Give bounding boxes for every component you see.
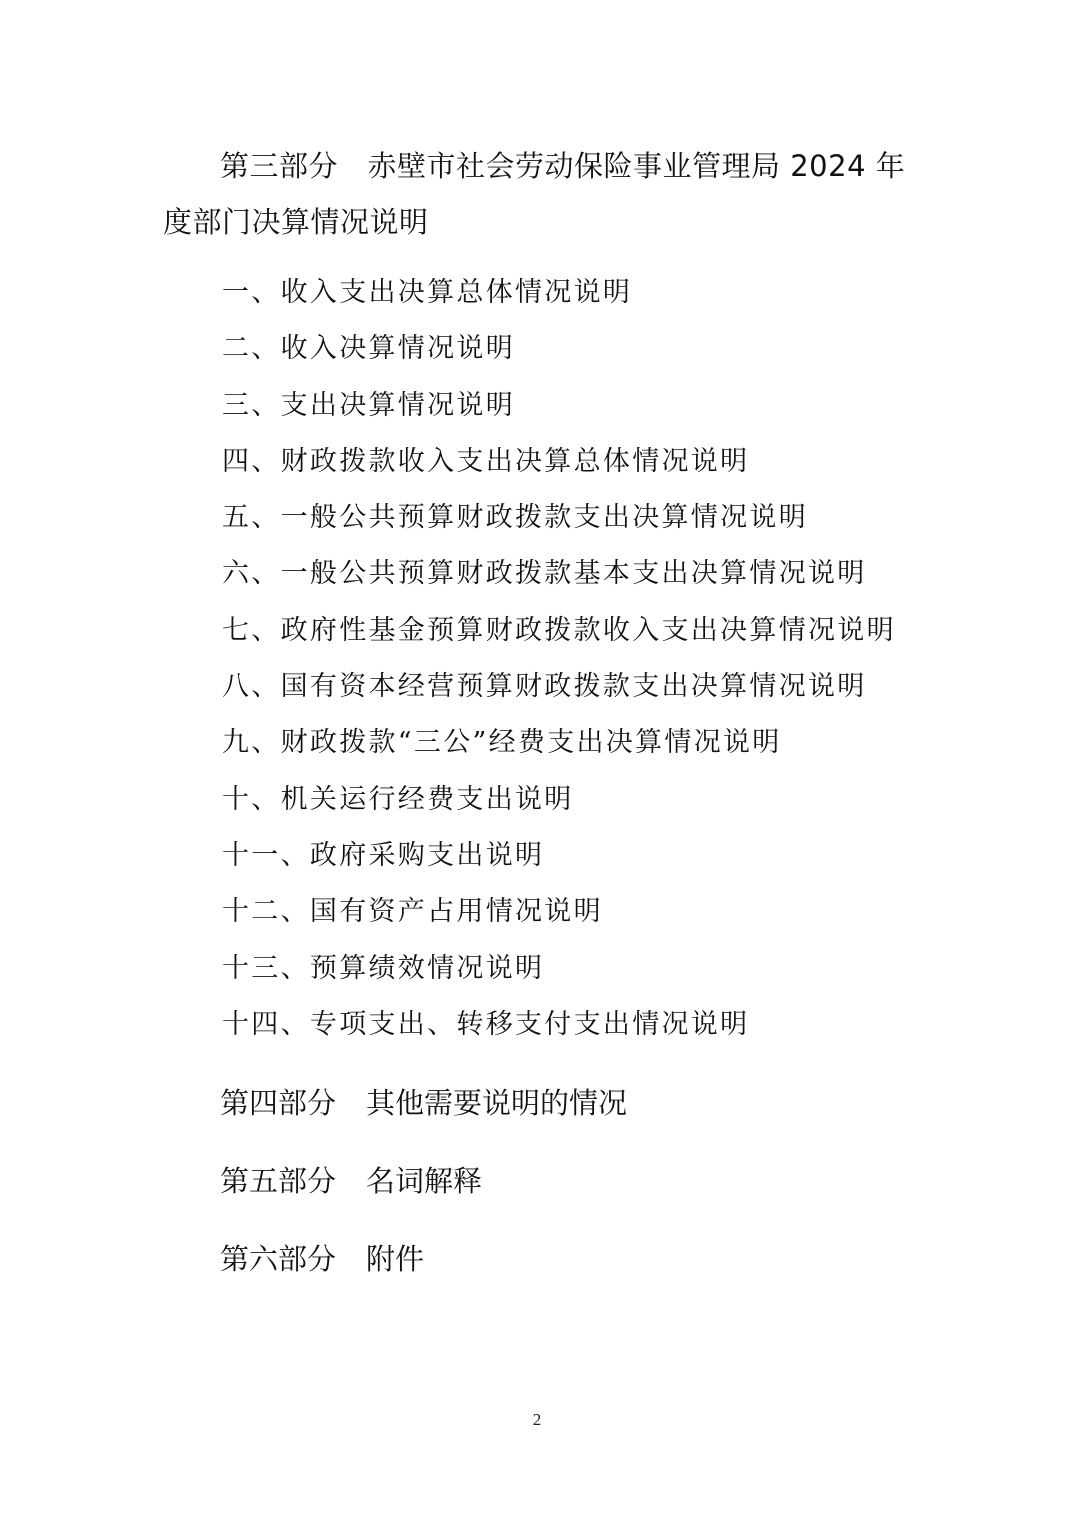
part-text: 名词解释	[366, 1164, 482, 1198]
part-label: 第六部分	[220, 1242, 336, 1276]
section-title: 第三部分 赤壁市社会劳动保险事业管理局 2024 年度部门决算情况说明	[163, 138, 923, 250]
toc-item: 十、机关运行经费支出说明	[222, 777, 896, 833]
toc-item: 五、一般公共预算财政拨款支出决算情况说明	[222, 495, 896, 551]
part-text: 其他需要说明的情况	[366, 1086, 627, 1120]
toc-item: 七、政府性基金预算财政拨款收入支出决算情况说明	[222, 608, 896, 664]
page-number: 2	[0, 1410, 1074, 1430]
toc-item: 八、国有资本经营预算财政拨款支出决算情况说明	[222, 664, 896, 720]
part-label: 第五部分	[220, 1164, 336, 1198]
part-label: 第四部分	[220, 1086, 336, 1120]
toc-item: 十二、国有资产占用情况说明	[222, 889, 896, 945]
toc-item: 十三、预算绩效情况说明	[222, 946, 896, 1002]
toc-list: 一、收入支出决算总体情况说明 二、收入决算情况说明 三、支出决算情况说明 四、财…	[222, 270, 896, 1058]
toc-item: 六、一般公共预算财政拨款基本支出决算情况说明	[222, 551, 896, 607]
toc-item: 十四、专项支出、转移支付支出情况说明	[222, 1002, 896, 1058]
parts-list: 第四部分其他需要说明的情况 第五部分名词解释 第六部分附件	[220, 1080, 627, 1314]
part-heading: 第六部分附件	[220, 1236, 627, 1314]
toc-item: 九、财政拨款“三公”经费支出决算情况说明	[222, 720, 896, 776]
toc-item: 三、支出决算情况说明	[222, 383, 896, 439]
toc-item: 十一、政府采购支出说明	[222, 833, 896, 889]
part-heading: 第五部分名词解释	[220, 1158, 627, 1236]
toc-item: 四、财政拨款收入支出决算总体情况说明	[222, 439, 896, 495]
toc-item: 一、收入支出决算总体情况说明	[222, 270, 896, 326]
part-text: 附件	[366, 1242, 424, 1276]
part-heading: 第四部分其他需要说明的情况	[220, 1080, 627, 1158]
toc-item: 二、收入决算情况说明	[222, 326, 896, 382]
